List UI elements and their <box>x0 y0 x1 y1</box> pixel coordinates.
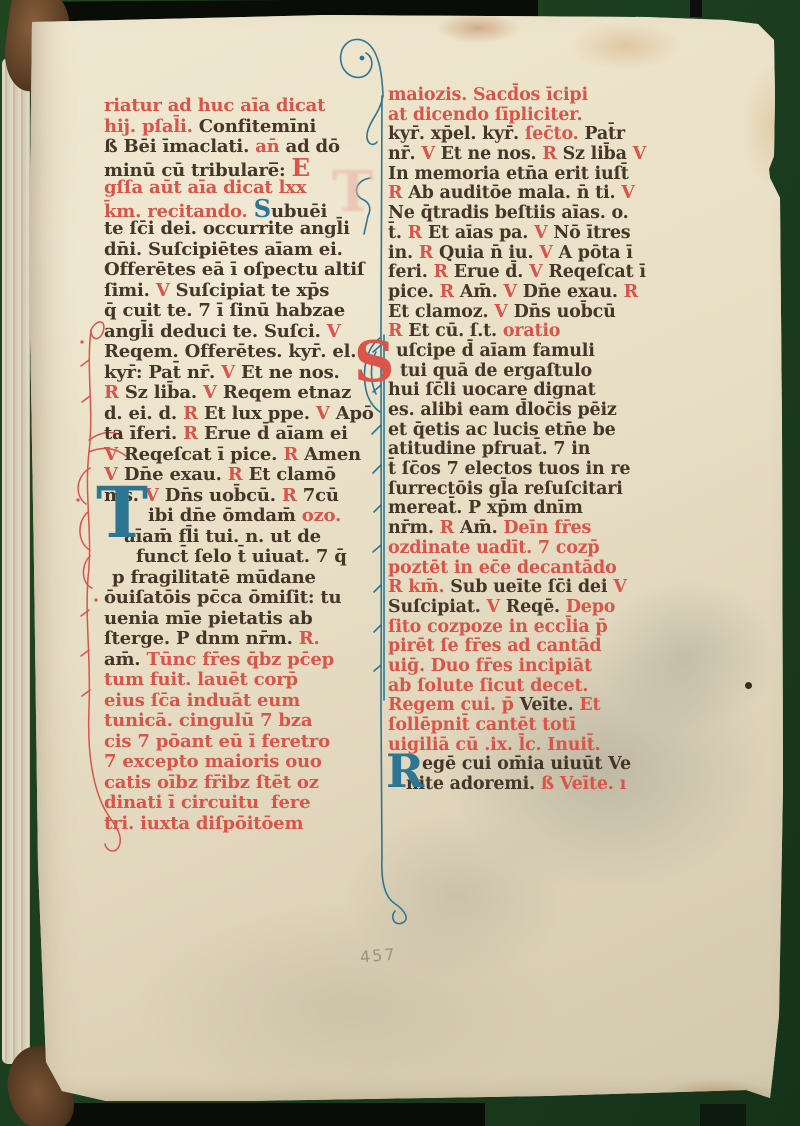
rubric-text: ß Veīte. ı <box>541 774 626 794</box>
text-line: tum fuit. lauēt corp̄ <box>104 670 376 691</box>
text-line: tri. iuxta diſpōitōem <box>104 814 376 835</box>
body-text: Et aīas pa. <box>428 223 534 243</box>
rubric-text: tum fuit. lauēt corp̄ <box>104 669 298 690</box>
body-text: Suſcipiat te xp̄s <box>176 280 330 301</box>
text-line: nite adoremi. ß Veīte. ı <box>388 775 676 795</box>
text-line: pirēt ſe fr̄es ad cantād <box>388 637 676 657</box>
body-text: ōuiſatōis pc̄ca ōmiſit: tu <box>104 587 341 608</box>
rubric-text: gſſa aūt aīa dicat lxx <box>104 177 306 198</box>
body-text: nr̄. <box>388 144 421 164</box>
text-line: dinati ī circuitu fere <box>104 793 376 814</box>
body-text: dn̄i. Suſcipiētes aīam ei. <box>104 239 343 260</box>
manuscript-photo: { "document": { "description": "Medieval… <box>0 0 800 1126</box>
body-text: A pōta ī <box>559 243 633 263</box>
text-line: ſollēpnit̄ cantēt totī <box>388 716 676 736</box>
body-text: Nō ītres <box>553 223 630 243</box>
text-line: hui ſc̄li uocare dignat <box>388 381 676 401</box>
rubric-text: tri. iuxta diſpōitōem <box>104 813 303 834</box>
body-text: angl̄i deduci te. Suſci. <box>104 321 327 342</box>
body-text: Am̄. <box>460 282 503 302</box>
text-line: minū cū tribulare̅: E <box>104 158 376 179</box>
text-line: R Ab auditōe mala. n̄ ti. V <box>388 184 676 204</box>
text-line: cis 7 pōant eū ī feretro <box>104 732 376 753</box>
body-text: Et ne nos. <box>441 144 543 164</box>
body-text: in. <box>388 243 419 263</box>
rubric-text: V <box>633 144 646 164</box>
text-line: ß Bēi īmaclati. an̄ ad dō <box>104 137 376 158</box>
rubric-text: V <box>539 243 558 263</box>
rubric-text: V <box>421 144 440 164</box>
text-line: nr̄. V Et ne nos. R Sz lib̄a V <box>388 145 676 165</box>
text-line: R Et cū. ſ.t. oratio <box>388 322 676 342</box>
rubric-text: V <box>494 302 513 322</box>
body-text: pice. <box>388 282 440 302</box>
text-line: feri. R Erue d̄. V Reqeſcat ī <box>388 263 676 283</box>
text-line: Offerētes eā ī oſpectu altiſ <box>104 260 376 281</box>
body-text: Et ne nos. <box>241 362 340 383</box>
rubric-text: uiḡ. Duo fr̄es incipiāt <box>388 656 592 676</box>
rubric-text: R km̄. <box>388 577 450 597</box>
page-number: 457 <box>359 944 397 966</box>
rubric-text: eius ſc̄a induāt eum <box>104 690 300 711</box>
body-text: Dn̄s uob̄cū. <box>165 485 282 506</box>
text-line: gſſa aūt aīa dicat lxx <box>104 178 376 199</box>
body-text: kyr̄: Pat̄ nr̄. <box>104 362 221 383</box>
body-text: Dn̄s uob̄cū <box>514 302 616 322</box>
rubric-text: riatur ad huc aīa dicat <box>104 95 325 116</box>
rubric-text: dinati ī circuitu fere <box>104 792 310 813</box>
body-text: Confitemīni <box>199 116 316 137</box>
body-text: Erue d̄. <box>454 262 529 282</box>
text-line: tui quā de ergaſtulo <box>388 362 676 382</box>
body-text: es. alibi eam d̄loc̄is pēiz <box>388 400 617 420</box>
body-text: am̄. <box>104 649 146 670</box>
rubric-text: R <box>104 382 125 403</box>
body-text: nite adoremi. <box>406 774 541 794</box>
text-line: kyr̄. xp̄el. kyr̄. ſec̄to. Pat̄r <box>388 125 676 145</box>
text-line: nr̄m. R Am̄. Deīn fr̄es <box>388 519 676 539</box>
text-line: p fragilitatē mūdane <box>104 568 376 589</box>
rubric-text: R <box>388 183 408 203</box>
rubric-text: oratio <box>503 321 560 341</box>
text-line: ſurrectōis gl̄a reſuſcitari <box>388 480 676 500</box>
body-text: p fragilitatē mūdane <box>112 567 316 588</box>
text-line: tunicā. cingulū 7 bza <box>104 711 376 732</box>
body-text: uſcipe d̄ aīam famuli <box>396 341 595 361</box>
body-text: Dn̄e exau. <box>523 282 624 302</box>
rubric-text: R <box>228 464 249 485</box>
text-line: ozdinate uadīt. 7 cozp̄ <box>388 539 676 559</box>
rubric-text: tunicā. cingulū 7 bza <box>104 710 312 731</box>
body-text: Sub ueīte ſc̄i dei <box>450 577 613 597</box>
text-line: Regem cui. p̄ Veīte. Et <box>388 696 676 716</box>
text-line: ſterge. P dnm nr̄m. R. <box>104 629 376 650</box>
text-line: Ne q̄tradis beſtiis aīas. o. <box>388 204 676 224</box>
body-text: mereat̄. P xp̄m dnīm <box>388 498 583 518</box>
body-text: funct̄ ſelo t̄ uiuat. 7 q̄ <box>136 546 347 567</box>
rubric-text: R <box>183 423 204 444</box>
text-line: d. ei. d. R Et lux ppe. V Apō <box>104 404 376 425</box>
gutter-shadow-bottom-right <box>700 1104 746 1126</box>
body-text: te ſc̄i dei. occurrite angl̄i <box>104 218 350 239</box>
body-text: tui quā de ergaſtulo <box>400 361 592 381</box>
rubric-text: V <box>221 362 241 383</box>
rubric-text: V <box>156 280 176 301</box>
rubric-text: V <box>316 403 336 424</box>
body-text: q̄ cuit te. 7 ī ſinū habzae <box>104 300 345 321</box>
rubric-text: Regem cui. p̄ <box>388 695 520 715</box>
body-text: Sz lib̄a. <box>125 382 203 403</box>
rubric-text: V <box>104 444 124 465</box>
text-line: catis oībz fr̄ibz ſtēt oz <box>104 773 376 794</box>
rubric-text: V <box>613 577 626 597</box>
body-text: Suſcipiat. <box>388 597 487 617</box>
body-text: atitudine pfruat̄. 7 in <box>388 439 590 459</box>
body-text: t̄. <box>388 223 408 243</box>
ink-spot <box>745 682 752 689</box>
rubric-text: R. <box>299 628 320 649</box>
rubric-text: an̄ <box>255 136 285 157</box>
text-line: et q̄etis ac lucis etn̄e be <box>388 421 676 441</box>
text-line: es. alibi eam d̄loc̄is pēiz <box>388 401 676 421</box>
rubric-text: ab ſolute ſicut decet. <box>388 676 588 696</box>
body-text: Pat̄r <box>584 124 625 144</box>
rubric-text: R <box>440 282 460 302</box>
text-line: am̄. Tūnc fr̄es q̄bz pc̄ep <box>104 650 376 671</box>
body-text: nr̄m. <box>388 518 440 538</box>
text-line: V Reqeſcat ī pice. R Amen <box>104 445 376 466</box>
text-line: Reqem. Offerētes. kyr̄. el. <box>104 342 376 363</box>
rubric-text: catis oībz fr̄ibz ſtēt oz <box>104 772 319 793</box>
text-column-left: riatur ad huc aīa dicathij. pſal̄i. Conf… <box>104 96 376 834</box>
rubric-text: Tūnc fr̄es q̄bz pc̄ep <box>146 649 334 670</box>
rubric-text: 7 excepto maioris ouo <box>104 751 322 772</box>
text-line: ta īferi. R Erue d̄ aīam ei <box>104 424 376 445</box>
drop-cap-S: S <box>354 334 394 390</box>
body-text: ſimi. <box>104 280 156 301</box>
rubric-text: ſito cozpoze in eccl̄ia p̄ <box>388 617 607 637</box>
text-line: Et clamoz. V Dn̄s uob̄cū <box>388 303 676 323</box>
body-text: ibi dn̄e ōmdam̄ <box>148 505 302 526</box>
rubric-text: R <box>434 262 454 282</box>
text-line: hij. pſal̄i. Confitemīni <box>104 117 376 138</box>
rubric-text: V <box>503 282 522 302</box>
text-line: eius ſc̄a induāt eum <box>104 691 376 712</box>
text-line: poztēt in ec̄e decantādo <box>388 559 676 579</box>
text-line: R Sz lib̄a. V Reqem etnaz <box>104 383 376 404</box>
drop-cap-T: T <box>96 478 148 548</box>
text-line: uenia mīe pietatis ab <box>104 609 376 630</box>
body-text: Quia n̄ iu. <box>439 243 539 263</box>
text-line: atitudine pfruat̄. 7 in <box>388 440 676 460</box>
body-text: Reqem etnaz <box>223 382 351 403</box>
text-line: egē cui om̄ia uiuūt Ve <box>388 755 676 775</box>
rubric-text: R <box>419 243 439 263</box>
book-page-edges <box>2 58 30 1064</box>
rubric-text: ſollēpnit̄ cantēt totī <box>388 715 576 735</box>
text-line: t̄. R Et aīas pa. V Nō ītres <box>388 224 676 244</box>
text-line: 7 excepto maioris ouo <box>104 752 376 773</box>
gutter-shadow-bottom <box>55 1103 485 1126</box>
rubric-text: R <box>283 444 304 465</box>
rubric-text: Depo <box>566 597 615 617</box>
body-text: Offerētes eā ī oſpectu altiſ <box>104 259 364 280</box>
body-text: et q̄etis ac lucis etn̄e be <box>388 420 616 440</box>
rubric-text: pirēt ſe fr̄es ad cantād <box>388 636 601 656</box>
body-text: Sz lib̄a <box>563 144 633 164</box>
body-text: Apō <box>336 403 374 424</box>
body-text: t̄ ſc̄os 7 electos tuos in re <box>388 459 630 479</box>
body-text: 7cū <box>303 485 339 506</box>
rubric-text: R <box>624 282 638 302</box>
text-line: ab ſolute ſicut decet. <box>388 677 676 697</box>
rubric-text: V <box>529 262 548 282</box>
body-text: ſurrectōis gl̄a reſuſcitari <box>388 479 623 499</box>
rubric-text: V <box>621 183 634 203</box>
rubric-text: ozdinate uadīt. 7 cozp̄ <box>388 538 599 558</box>
text-line: pice. R Am̄. V Dn̄e exau. R <box>388 283 676 303</box>
rubric-text: V <box>487 597 506 617</box>
text-line: uigiliā cū .ix. l̄c. Inuit̄. <box>388 736 676 756</box>
text-line: t̄ ſc̄os 7 electos tuos in re <box>388 460 676 480</box>
body-text: Et clamō <box>249 464 336 485</box>
body-text: Reqē. <box>506 597 566 617</box>
rubric-text: cis 7 pōant eū ī feretro <box>104 731 330 752</box>
text-line: riatur ad huc aīa dicat <box>104 96 376 117</box>
text-line: R km̄. Sub ueīte ſc̄i dei V <box>388 578 676 598</box>
text-line: q̄ cuit te. 7 ī ſinū habzae <box>104 301 376 322</box>
rubric-text: R <box>542 144 562 164</box>
text-line: k̄m. recitando. Subuēi <box>104 199 376 220</box>
rubric-text: hij. pſal̄i. <box>104 116 199 137</box>
rubric-text: maiozis. Sacd̄os īcipi <box>388 85 588 105</box>
body-text: Am̄. <box>460 518 503 538</box>
body-text: kyr̄. xp̄el. kyr̄. <box>388 124 525 144</box>
body-text: egē cui om̄ia uiuūt Ve <box>422 754 631 774</box>
drop-cap-R: R <box>386 748 424 794</box>
text-line: mereat̄. P xp̄m dnīm <box>388 499 676 519</box>
body-text: ſterge. P dnm nr̄m. <box>104 628 299 649</box>
body-text: Ab auditōe mala. n̄ ti. <box>408 183 621 203</box>
text-line: ōuiſatōis pc̄ca ōmiſit: tu <box>104 588 376 609</box>
text-line: te ſc̄i dei. occurrite angl̄i <box>104 219 376 240</box>
body-text: ß Bēi īmaclati. <box>104 136 255 157</box>
rubric-text: R <box>440 518 460 538</box>
body-text: Et cū. ſ.t. <box>408 321 503 341</box>
text-line: uſcipe d̄ aīam famuli <box>388 342 676 362</box>
rubric-text: V <box>203 382 223 403</box>
text-line: uiḡ. Duo fr̄es incipiāt <box>388 657 676 677</box>
text-line: ſimi. V Suſcipiat te xp̄s <box>104 281 376 302</box>
rubric-text: R <box>408 223 428 243</box>
text-line: in. R Quia n̄ iu. V A pōta ī <box>388 244 676 264</box>
body-text: ta īferi. <box>104 423 183 444</box>
rubric-text: R <box>183 403 204 424</box>
rubric-text: poztēt in ec̄e decantādo <box>388 558 617 578</box>
body-text: Et clamoz. <box>388 302 494 322</box>
text-line: dn̄i. Suſcipiētes aīam ei. <box>104 240 376 261</box>
text-line: In memoria etn̄a erit iuſt̄ <box>388 165 676 185</box>
body-text: aīam̄ fl̄i tui. n. ut de <box>124 526 321 547</box>
body-text: Erue d̄ aīam ei <box>204 423 348 444</box>
text-line: angl̄i deduci te. Suſci. V <box>104 322 376 343</box>
body-text: Reqeſcat ī <box>548 262 645 282</box>
body-text: In memoria etn̄a erit iuſt̄ <box>388 164 629 184</box>
text-column-right: maiozis. Sacd̄os īcipiat dicendo ſīplici… <box>388 86 676 795</box>
text-line: maiozis. Sacd̄os īcipi <box>388 86 676 106</box>
rubric-text: V <box>534 223 553 243</box>
text-line: ſito cozpoze in eccl̄ia p̄ <box>388 618 676 638</box>
body-text: uenia mīe pietatis ab <box>104 608 312 629</box>
body-text: Reqeſcat ī pice. <box>124 444 283 465</box>
rubric-text: Et <box>579 695 600 715</box>
text-line: Suſcipiat. V Reqē. Depo <box>388 598 676 618</box>
rubric-text: ozo. <box>302 505 341 526</box>
body-text: hui ſc̄li uocare dignat <box>388 380 595 400</box>
body-text: Reqem. Offerētes. kyr̄. el. <box>104 341 356 362</box>
rubric-text: Deīn fr̄es <box>503 518 591 538</box>
body-text: Amen <box>304 444 361 465</box>
rubric-text: at dicendo ſīpliciter. <box>388 105 582 125</box>
rubric-text: R <box>282 485 303 506</box>
rubric-text: V <box>327 321 341 342</box>
body-text: Veīte. <box>520 695 580 715</box>
rubric-text: ſec̄to. <box>525 124 585 144</box>
text-line: at dicendo ſīpliciter. <box>388 106 676 126</box>
body-text: d. ei. d. <box>104 403 183 424</box>
text-line: kyr̄: Pat̄ nr̄. V Et ne nos. <box>104 363 376 384</box>
body-text: Et lux ppe. <box>204 403 316 424</box>
bookmark-ribbon <box>690 0 702 17</box>
body-text: Ne q̄tradis beſtiis aīas. o. <box>388 203 629 223</box>
body-text: feri. <box>388 262 434 282</box>
